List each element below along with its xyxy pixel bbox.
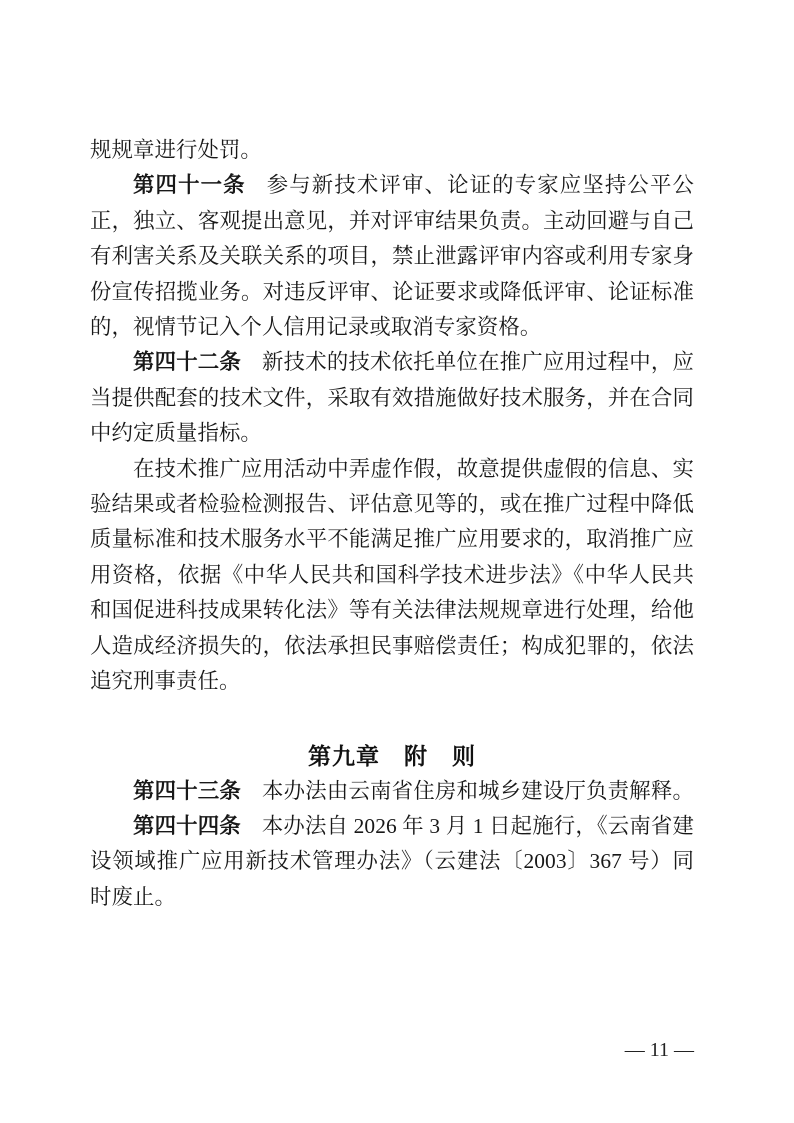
- body-text: 当提供配套的技术文件，采取有效措施做好技术服务，并在合同: [90, 386, 694, 410]
- body-text: 用资格，依据《中华人民共和国科学技术进步法》《中华人民共: [90, 563, 694, 587]
- document-body: 规规章进行处罚。 第四十一条参与新技术评审、论证的专家应坚持公平公 正，独立、客…: [90, 133, 694, 915]
- article-number: 第四十二条: [133, 350, 241, 374]
- text-line: 时废止。: [90, 880, 694, 915]
- text-line: 追究刑事责任。: [90, 664, 694, 699]
- text-line: 用资格，依据《中华人民共和国科学技术进步法》《中华人民共: [90, 558, 694, 593]
- body-text: 验结果或者检验检测报告、评估意见等的，或在推广过程中降低: [90, 492, 694, 516]
- text-line: 的，视情节记入个人信用记录或取消专家资格。: [90, 310, 694, 345]
- text-line: 正，独立、客观提出意见，并对评审结果负责。主动回避与自己: [90, 204, 694, 239]
- body-text: 在技术推广应用活动中弄虚作假，故意提供虚假的信息、实: [133, 457, 694, 481]
- body-text: 规规章进行处罚。: [90, 138, 262, 162]
- body-text: 本办法自 2026 年 3 月 1 日起施行，《云南省建: [262, 814, 694, 838]
- article-42-line: 第四十二条新技术的技术依托单位在推广应用过程中，应: [90, 345, 694, 380]
- body-text: 本办法由云南省住房和城乡建设厅负责解释。: [262, 779, 694, 803]
- body-text: 正，独立、客观提出意见，并对评审结果负责。主动回避与自己: [90, 209, 694, 233]
- text-line: 有利害关系及关联关系的项目，禁止泄露评审内容或利用专家身: [90, 239, 694, 274]
- article-41-line: 第四十一条参与新技术评审、论证的专家应坚持公平公: [90, 168, 694, 203]
- article-44-line: 第四十四条本办法自 2026 年 3 月 1 日起施行，《云南省建: [90, 809, 694, 844]
- article-number: 第四十三条: [133, 779, 241, 803]
- body-text: 中约定质量指标。: [90, 421, 262, 445]
- text-line: 验结果或者检验检测报告、评估意见等的，或在推广过程中降低: [90, 487, 694, 522]
- text-line: 规规章进行处罚。: [90, 133, 694, 168]
- body-text: 设领域推广应用新技术管理办法》（云建法〔2003〕367 号）同: [90, 849, 694, 873]
- article-number: 第四十一条: [133, 173, 246, 197]
- text-line: 和国促进科技成果转化法》等有关法律法规规章进行处理，给他: [90, 593, 694, 628]
- body-text: 质量标准和技术服务水平不能满足推广应用要求的，取消推广应: [90, 527, 694, 551]
- body-text: 和国促进科技成果转化法》等有关法律法规规章进行处理，给他: [90, 598, 694, 622]
- document-page: 规规章进行处罚。 第四十一条参与新技术评审、论证的专家应坚持公平公 正，独立、客…: [0, 0, 794, 1123]
- page-footer: — 11 —: [90, 1038, 694, 1062]
- body-text: 时废止。: [90, 885, 176, 909]
- article-number: 第四十四条: [133, 814, 241, 838]
- body-text: 份宣传招揽业务。对违反评审、论证要求或降低评审、论证标准: [90, 280, 694, 304]
- text-line: 人造成经济损失的，依法承担民事赔偿责任；构成犯罪的，依法: [90, 629, 694, 664]
- body-text: 有利害关系及关联关系的项目，禁止泄露评审内容或利用专家身: [90, 244, 694, 268]
- text-line: 当提供配套的技术文件，采取有效措施做好技术服务，并在合同: [90, 381, 694, 416]
- text-line: 设领域推广应用新技术管理办法》（云建法〔2003〕367 号）同: [90, 844, 694, 879]
- body-text: 参与新技术评审、论证的专家应坚持公平公: [267, 173, 694, 197]
- text-line: 份宣传招揽业务。对违反评审、论证要求或降低评审、论证标准: [90, 275, 694, 310]
- body-text: 追究刑事责任。: [90, 669, 240, 693]
- body-text: 新技术的技术依托单位在推广应用过程中，应: [262, 350, 694, 374]
- text-line: 中约定质量指标。: [90, 416, 694, 451]
- body-text: 的，视情节记入个人信用记录或取消专家资格。: [90, 315, 541, 339]
- paragraph-start-line: 在技术推广应用活动中弄虚作假，故意提供虚假的信息、实: [90, 452, 694, 487]
- chapter-heading: 第九章 附 则: [90, 739, 694, 774]
- article-43-line: 第四十三条本办法由云南省住房和城乡建设厅负责解释。: [90, 774, 694, 809]
- page-number: — 11 —: [625, 1039, 694, 1061]
- body-text: 人造成经济损失的，依法承担民事赔偿责任；构成犯罪的，依法: [90, 634, 694, 658]
- text-line: 质量标准和技术服务水平不能满足推广应用要求的，取消推广应: [90, 522, 694, 557]
